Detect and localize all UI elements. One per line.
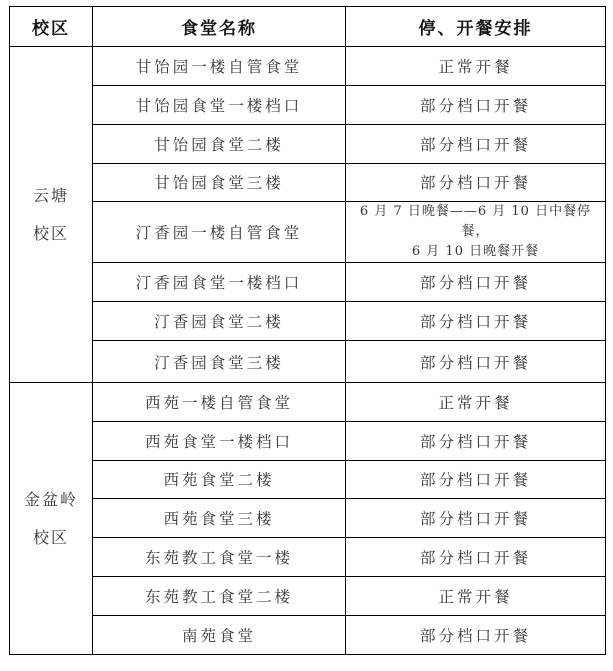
header-row: 校区 食堂名称 停、开餐安排	[10, 7, 606, 47]
canteen-schedule: 部分档口开餐	[346, 460, 606, 499]
table-row: 南苑食堂 部分档口开餐	[10, 616, 606, 655]
header-canteen-name: 食堂名称	[93, 7, 346, 47]
table-row: 云塘 校区 甘饴园一楼自管食堂 正常开餐	[10, 47, 606, 86]
table-row: 西苑食堂二楼 部分档口开餐	[10, 460, 606, 499]
canteen-name: 汀香园食堂二楼	[93, 302, 346, 341]
canteen-schedule: 正常开餐	[346, 383, 606, 422]
canteen-name: 汀香园食堂一楼档口	[93, 263, 346, 302]
canteen-schedule: 正常开餐	[346, 47, 606, 86]
header-campus: 校区	[10, 7, 93, 47]
table-row: 金盆岭 校区 西苑一楼自管食堂 正常开餐	[10, 383, 606, 422]
campus-suffix: 校区	[10, 215, 92, 253]
campus-name: 云塘	[10, 177, 92, 215]
canteen-name: 西苑食堂二楼	[93, 460, 346, 499]
canteen-name: 西苑食堂三楼	[93, 499, 346, 538]
table-row: 汀香园食堂一楼档口 部分档口开餐	[10, 263, 606, 302]
table-row: 东苑教工食堂二楼 正常开餐	[10, 577, 606, 616]
table-row: 甘饴园食堂一楼档口 部分档口开餐	[10, 86, 606, 125]
campus-cell-jinpenling: 金盆岭 校区	[10, 383, 93, 655]
canteen-schedule: 部分档口开餐	[346, 341, 606, 383]
canteen-schedule: 部分档口开餐	[346, 263, 606, 302]
canteen-schedule: 部分档口开餐	[346, 422, 606, 461]
canteen-schedule: 6 月 7 日晚餐——6 月 10 日中餐停餐， 6 月 10 日晚餐开餐	[346, 202, 606, 263]
table-row: 汀香园食堂二楼 部分档口开餐	[10, 302, 606, 341]
canteen-schedule: 部分档口开餐	[346, 124, 606, 163]
canteen-schedule: 部分档口开餐	[346, 499, 606, 538]
canteen-name: 甘饴园一楼自管食堂	[93, 47, 346, 86]
canteen-schedule: 部分档口开餐	[346, 538, 606, 577]
table-row: 甘饴园食堂二楼 部分档口开餐	[10, 124, 606, 163]
canteen-schedule: 部分档口开餐	[346, 616, 606, 655]
canteen-name: 东苑教工食堂二楼	[93, 577, 346, 616]
canteen-schedule: 部分档口开餐	[346, 163, 606, 202]
schedule-line-2: 6 月 10 日晚餐开餐	[346, 242, 605, 262]
canteen-name: 南苑食堂	[93, 616, 346, 655]
table-row: 西苑食堂三楼 部分档口开餐	[10, 499, 606, 538]
table-row: 甘饴园食堂三楼 部分档口开餐	[10, 163, 606, 202]
table-row: 东苑教工食堂一楼 部分档口开餐	[10, 538, 606, 577]
table-row: 汀香园一楼自管食堂 6 月 7 日晚餐——6 月 10 日中餐停餐， 6 月 1…	[10, 202, 606, 263]
canteen-schedule: 部分档口开餐	[346, 86, 606, 125]
campus-name: 金盆岭	[10, 481, 92, 519]
header-schedule: 停、开餐安排	[346, 7, 606, 47]
canteen-name: 汀香园一楼自管食堂	[93, 202, 346, 263]
canteen-name: 汀香园食堂三楼	[93, 341, 346, 383]
table-row: 西苑食堂一楼档口 部分档口开餐	[10, 422, 606, 461]
schedule-line-1: 6 月 7 日晚餐——6 月 10 日中餐停餐，	[346, 202, 605, 242]
canteen-name: 西苑一楼自管食堂	[93, 383, 346, 422]
table-row: 汀香园食堂三楼 部分档口开餐	[10, 341, 606, 383]
canteen-schedule: 部分档口开餐	[346, 302, 606, 341]
canteen-schedule-table: 校区 食堂名称 停、开餐安排 云塘 校区 甘饴园一楼自管食堂 正常开餐 甘饴园食…	[9, 6, 606, 655]
canteen-name: 甘饴园食堂二楼	[93, 124, 346, 163]
canteen-name: 东苑教工食堂一楼	[93, 538, 346, 577]
canteen-name: 西苑食堂一楼档口	[93, 422, 346, 461]
campus-cell-yuntang: 云塘 校区	[10, 47, 93, 383]
canteen-name: 甘饴园食堂三楼	[93, 163, 346, 202]
canteen-name: 甘饴园食堂一楼档口	[93, 86, 346, 125]
canteen-schedule: 正常开餐	[346, 577, 606, 616]
campus-suffix: 校区	[10, 519, 92, 557]
